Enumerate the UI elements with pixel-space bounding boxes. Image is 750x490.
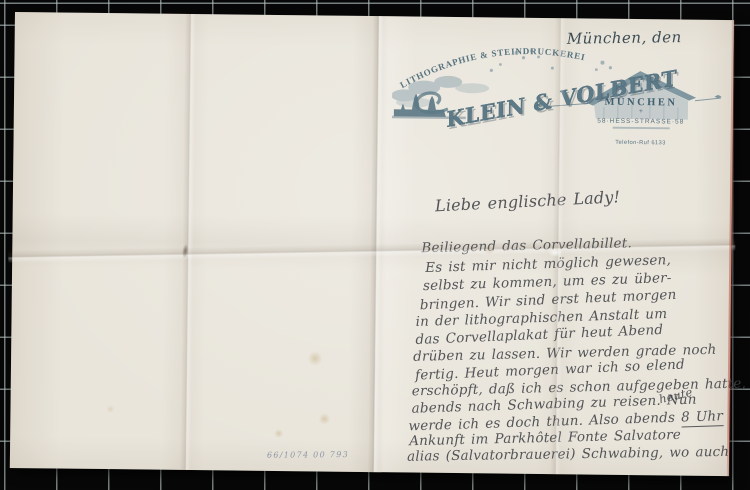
address-text: 58·HESS-STRASSE·58 — [597, 118, 684, 126]
letter-line: Beiliegend das Corvellabillet. — [421, 235, 632, 256]
letter-paper: München, den LITHOGRAPHIE & STEINDRUCKER… — [10, 12, 734, 476]
letter-line: alias (Salvatorbrauerei) Schwabing, wo a… — [407, 444, 729, 465]
phone-text: Telefon-Ruf 6133 — [615, 140, 666, 147]
letterhead-illustration: LITHOGRAPHIE & STEINDRUCKEREI — [391, 42, 722, 154]
stain-spot — [274, 429, 283, 438]
stain-spot — [318, 413, 330, 424]
address-subline-rule — [613, 127, 670, 129]
salutation-text: Liebe englische Lady! — [435, 187, 621, 215]
fold-hole-damage — [181, 244, 189, 259]
underlined-time-text: 8 Uhr — [681, 408, 723, 427]
fold-crease-vertical-center — [368, 16, 384, 472]
stain-spot — [307, 351, 323, 365]
stain-spot — [106, 405, 114, 413]
city-cross-text: + — [639, 108, 643, 115]
fold-light-glint — [548, 248, 562, 257]
fold-crease-vertical — [180, 14, 196, 470]
inventory-number-text: 66/1074 00 793 — [267, 450, 349, 460]
